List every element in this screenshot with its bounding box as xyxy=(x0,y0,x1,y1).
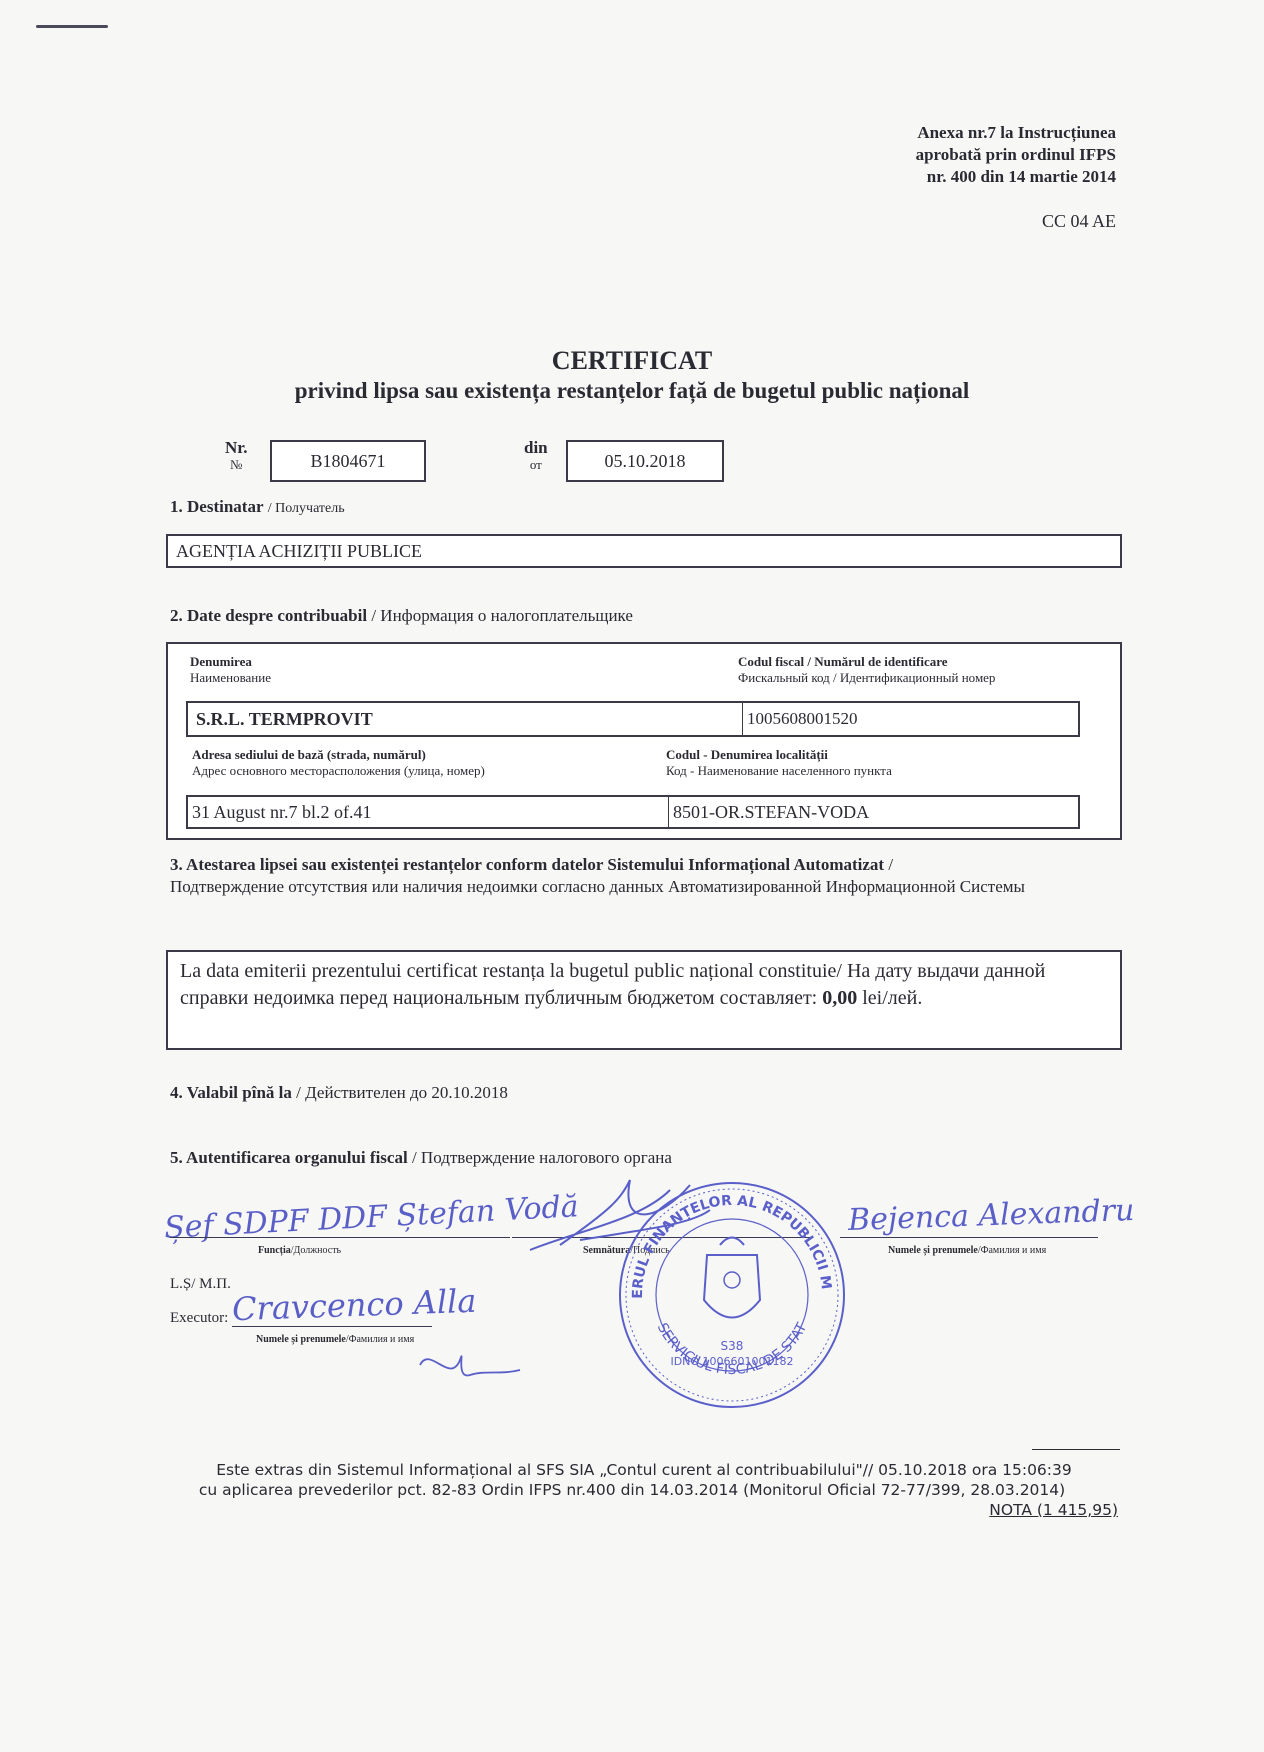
stamp-idno: IDNO 1006601001182 xyxy=(670,1355,793,1368)
section1-heading: 1. Destinatar / Получатель xyxy=(170,497,345,517)
company-name-field: S.R.L. TERMPROVIT xyxy=(188,703,743,735)
ls-label: L.Ș/ М.П. xyxy=(170,1276,231,1293)
section2-title-ru: / Информация о налогоплательщике xyxy=(371,606,633,625)
date-label: din xyxy=(524,440,548,456)
locality-field: 8501-OR.STEFAN-VODA xyxy=(669,797,1078,827)
official-name-handwriting: Bejenca Alexandru xyxy=(847,1193,1134,1238)
function-line xyxy=(170,1237,510,1238)
nr-label-group: Nr. № xyxy=(225,440,248,472)
fiscal-label: Codul fiscal / Numărul de identificare xyxy=(738,654,995,670)
name-caption-ru: /Фамилия и имя xyxy=(978,1245,1046,1256)
locality-label-ru: Код - Наименование населенного пункта xyxy=(666,763,892,779)
name-label: Denumirea xyxy=(190,654,271,670)
name-caption-ro: Numele și prenumele xyxy=(888,1245,978,1256)
section5-title-ru: / Подтверждение налогового органа xyxy=(412,1148,672,1167)
function-caption-ru: /Должность xyxy=(291,1245,341,1256)
executor-initials-scribble xyxy=(410,1340,530,1390)
official-stamp: MINISTERUL FINANȚELOR AL REPUBLICII MOLD… xyxy=(612,1175,852,1415)
stamp-outer-text: MINISTERUL FINANȚELOR AL REPUBLICII MOLD… xyxy=(612,1175,834,1299)
function-caption: Funcția/Должность xyxy=(258,1240,341,1258)
arrears-currency: lei/лей. xyxy=(857,987,922,1009)
arrears-amount: 0,00 xyxy=(822,987,857,1009)
validity-date: / Действителен до 20.10.2018 xyxy=(296,1083,508,1102)
locality-label-group: Codul - Denumirea localității Код - Наим… xyxy=(666,747,892,779)
title-subtitle: privind lipsa sau existența restanțelor … xyxy=(0,376,1264,406)
footer-line1: Este extras din Sistemul Informațional a… xyxy=(0,1460,1264,1480)
name-label-group: Denumirea Наименование xyxy=(190,654,271,686)
name-caption: Numele și prenumele/Фамилия и имя xyxy=(888,1240,1046,1258)
footer-nota: NOTA (1 415,95) xyxy=(0,1500,1264,1520)
section3-title-ru: Подтверждение отсутствия или наличия нед… xyxy=(170,877,1025,896)
name-fiscal-row: S.R.L. TERMPROVIT 1005608001520 xyxy=(186,701,1080,737)
scan-mark xyxy=(36,25,108,28)
footer-rule xyxy=(1032,1449,1120,1450)
section2-heading: 2. Date despre contribuabil / Информация… xyxy=(170,606,633,626)
executor-caption-ru: /Фамилия и имя xyxy=(346,1334,414,1345)
name-line xyxy=(840,1237,1098,1238)
fiscal-label-ru: Фискальный код / Идентификационный номер xyxy=(738,670,995,686)
recipient-field: AGENȚIA ACHIZIȚII PUBLICE xyxy=(166,534,1122,568)
document-title: CERTIFICAT privind lipsa sau existența r… xyxy=(0,346,1264,406)
section1-title: 1. Destinatar xyxy=(170,497,263,516)
certificate-number-field: B1804671 xyxy=(270,440,426,482)
annex-line: aprobată prin ordinul IFPS xyxy=(916,144,1116,166)
arrears-statement-box: La data emiterii prezentului certificat … xyxy=(166,950,1122,1050)
nr-label-ru: № xyxy=(225,458,248,472)
address-field: 31 August nr.7 bl.2 of.41 xyxy=(188,797,669,827)
address-label-ru: Адрес основного месторасположения (улица… xyxy=(192,763,485,779)
title-main: CERTIFICAT xyxy=(0,346,1264,376)
address-locality-row: 31 August nr.7 bl.2 of.41 8501-OR.STEFAN… xyxy=(186,795,1080,829)
locality-label: Codul - Denumirea localității xyxy=(666,747,892,763)
nr-label: Nr. xyxy=(225,440,248,456)
form-code: CC 04 AE xyxy=(1042,211,1116,232)
section1-title-ru: / Получатель xyxy=(268,501,345,516)
executor-handwriting: Cravcenco Alla xyxy=(231,1282,477,1329)
fiscal-label-group: Codul fiscal / Numărul de identificare Ф… xyxy=(738,654,995,686)
section3-title: 3. Atestarea lipsei sau existenței resta… xyxy=(170,855,884,874)
stamp-code: S38 xyxy=(721,1339,744,1353)
executor-line xyxy=(232,1326,432,1327)
date-label-ru: от xyxy=(524,458,548,472)
function-caption-ro: Funcția xyxy=(258,1245,291,1256)
address-label: Adresa sediului de bază (strada, numărul… xyxy=(192,747,485,763)
section2-title: 2. Date despre contribuabil xyxy=(170,606,367,625)
svg-text:MINISTERUL FINANȚELOR AL REPUB: MINISTERUL FINANȚELOR AL REPUBLICII MOLD… xyxy=(612,1175,834,1299)
footer-line2: cu aplicarea prevederilor pct. 82-83 Ord… xyxy=(0,1480,1264,1500)
executor-caption: Numele și prenumele/Фамилия и имя xyxy=(256,1329,414,1347)
address-label-group: Adresa sediului de bază (strada, numărul… xyxy=(192,747,485,779)
section3-heading: 3. Atestarea lipsei sau existenței resta… xyxy=(170,854,1110,898)
section5-title: 5. Autentificarea organului fiscal xyxy=(170,1148,408,1167)
executor-label: Executor: xyxy=(170,1310,228,1327)
issue-date-field: 05.10.2018 xyxy=(566,440,724,482)
section3-separator: / xyxy=(884,855,893,874)
date-label-group: din от xyxy=(524,440,548,472)
annex-line: Anexa nr.7 la Instrucțiunea xyxy=(916,122,1116,144)
annex-reference: Anexa nr.7 la Instrucțiunea aprobată pri… xyxy=(916,122,1116,188)
section4-validity: 4. Valabil pînă la / Действителен до 20.… xyxy=(170,1083,508,1103)
section5-heading: 5. Autentificarea organului fiscal / Под… xyxy=(170,1148,672,1168)
executor-caption-ro: Numele și prenumele xyxy=(256,1334,346,1345)
footer-extract-note: Este extras din Sistemul Informațional a… xyxy=(0,1460,1264,1520)
name-label-ru: Наименование xyxy=(190,670,271,686)
annex-line: nr. 400 din 14 martie 2014 xyxy=(916,166,1116,188)
fiscal-code-field: 1005608001520 xyxy=(743,703,1078,735)
section4-title: 4. Valabil pînă la xyxy=(170,1083,292,1102)
